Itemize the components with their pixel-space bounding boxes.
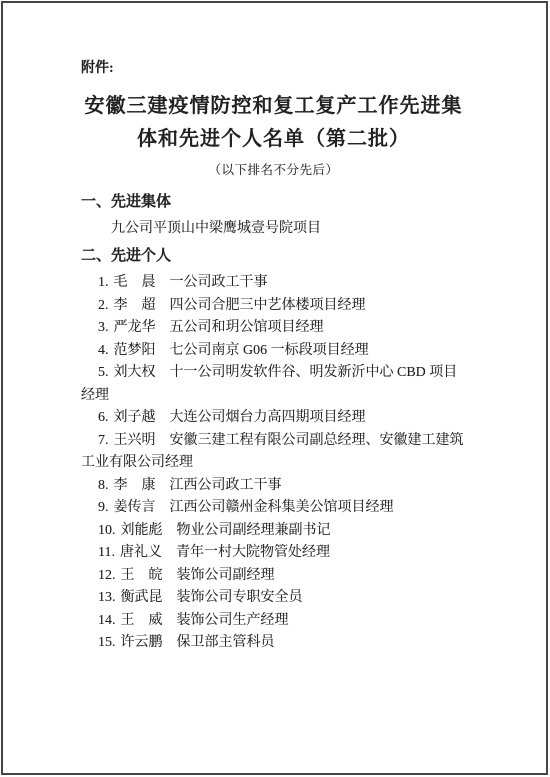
item-name: 姜传言 [114,500,156,515]
item-role: 装饰公司专职安全员 [177,590,303,605]
item-name: 刘能彪 [121,523,163,538]
list-item: 12.王 皖装饰公司副经理 [81,565,466,588]
item-role: 一公司政工干事 [170,275,268,290]
item-number: 7. [98,433,109,448]
item-name: 范梦阳 [114,343,156,358]
document-body: 附件: 安徽三建疫情防控和复工复产工作先进集 体和先进个人名单（第二批） （以下… [81,59,466,655]
list-item: 3.严龙华五公司和玥公馆项目经理 [81,317,466,340]
item-role: 保卫部主管科员 [177,635,275,650]
item-role: 七公司南京 G06 一标段项目经理 [170,343,369,358]
item-name: 衡武昆 [121,590,163,605]
list-item: 11.唐礼义青年一村大院物管处经理 [81,542,466,565]
item-number: 12. [98,568,116,583]
item-name: 刘子越 [114,410,156,425]
item-role: 装饰公司生产经理 [177,613,289,628]
list-item: 6.刘子越大连公司烟台力高四期项目经理 [81,407,466,430]
section-heading-individuals: 二、先进个人 [81,245,466,267]
item-number: 1. [98,275,109,290]
item-name: 刘大权 [114,365,156,380]
item-number: 11. [98,545,115,560]
list-item: 7.王兴明安徽三建工程有限公司副总经理、安徽建工建筑工业有限公司经理 [81,430,466,475]
section-heading-collectives: 一、先进集体 [81,191,466,213]
page-border: 附件: 安徽三建疫情防控和复工复产工作先进集 体和先进个人名单（第二批） （以下… [1,1,548,775]
item-role: 江西公司赣州金科集美公馆项目经理 [170,500,394,515]
list-item: 9.姜传言江西公司赣州金科集美公馆项目经理 [81,497,466,520]
item-name: 李 康 [114,478,156,493]
list-item: 10.刘能彪物业公司副经理兼副书记 [81,520,466,543]
item-number: 15. [98,635,116,650]
item-number: 9. [98,500,109,515]
item-number: 8. [98,478,109,493]
list-item: 4.范梦阳七公司南京 G06 一标段项目经理 [81,340,466,363]
item-role: 五公司和玥公馆项目经理 [170,320,324,335]
item-name: 唐礼义 [120,545,162,560]
item-name: 许云鹏 [121,635,163,650]
document-title-line1: 安徽三建疫情防控和复工复产工作先进集 [81,90,466,123]
list-item: 2.李 超四公司合肥三中艺体楼项目经理 [81,295,466,318]
item-number: 6. [98,410,109,425]
item-role: 物业公司副经理兼副书记 [177,523,331,538]
item-name: 李 超 [114,298,156,313]
attachment-label: 附件: [81,59,466,79]
item-role: 四公司合肥三中艺体楼项目经理 [170,298,366,313]
item-number: 14. [98,613,116,628]
item-number: 2. [98,298,109,313]
item-number: 4. [98,343,109,358]
document-title: 安徽三建疫情防控和复工复产工作先进集 体和先进个人名单（第二批） [81,90,466,156]
item-role: 青年一村大院物管处经理 [176,545,330,560]
item-role: 装饰公司副经理 [177,568,275,583]
item-name: 严龙华 [114,320,156,335]
item-role: 江西公司政工干事 [170,478,282,493]
ranking-note: （以下排名不分先后） [81,161,466,179]
item-number: 3. [98,320,109,335]
list-item: 15.许云鹏保卫部主管科员 [81,632,466,655]
list-item: 1.毛 晨一公司政工干事 [81,272,466,295]
individuals-list: 1.毛 晨一公司政工干事 2.李 超四公司合肥三中艺体楼项目经理 3.严龙华五公… [81,272,466,655]
item-number: 10. [98,523,116,538]
item-name: 王兴明 [114,433,156,448]
item-name: 毛 晨 [114,275,156,290]
document-title-line2: 体和先进个人名单（第二批） [81,123,466,156]
item-name: 王 威 [121,613,163,628]
item-number: 5. [98,365,109,380]
list-item: 8.李 康江西公司政工干事 [81,475,466,498]
list-item: 14.王 威装饰公司生产经理 [81,610,466,633]
list-item: 13.衡武昆装饰公司专职安全员 [81,587,466,610]
item-name: 王 皖 [121,568,163,583]
item-role: 大连公司烟台力高四期项目经理 [170,410,366,425]
collective-entry: 九公司平顶山中梁鹰城壹号院项目 [81,218,466,240]
item-number: 13. [98,590,116,605]
list-item: 5.刘大权十一公司明发软件谷、明发新沂中心 CBD 项目经理 [81,362,466,407]
